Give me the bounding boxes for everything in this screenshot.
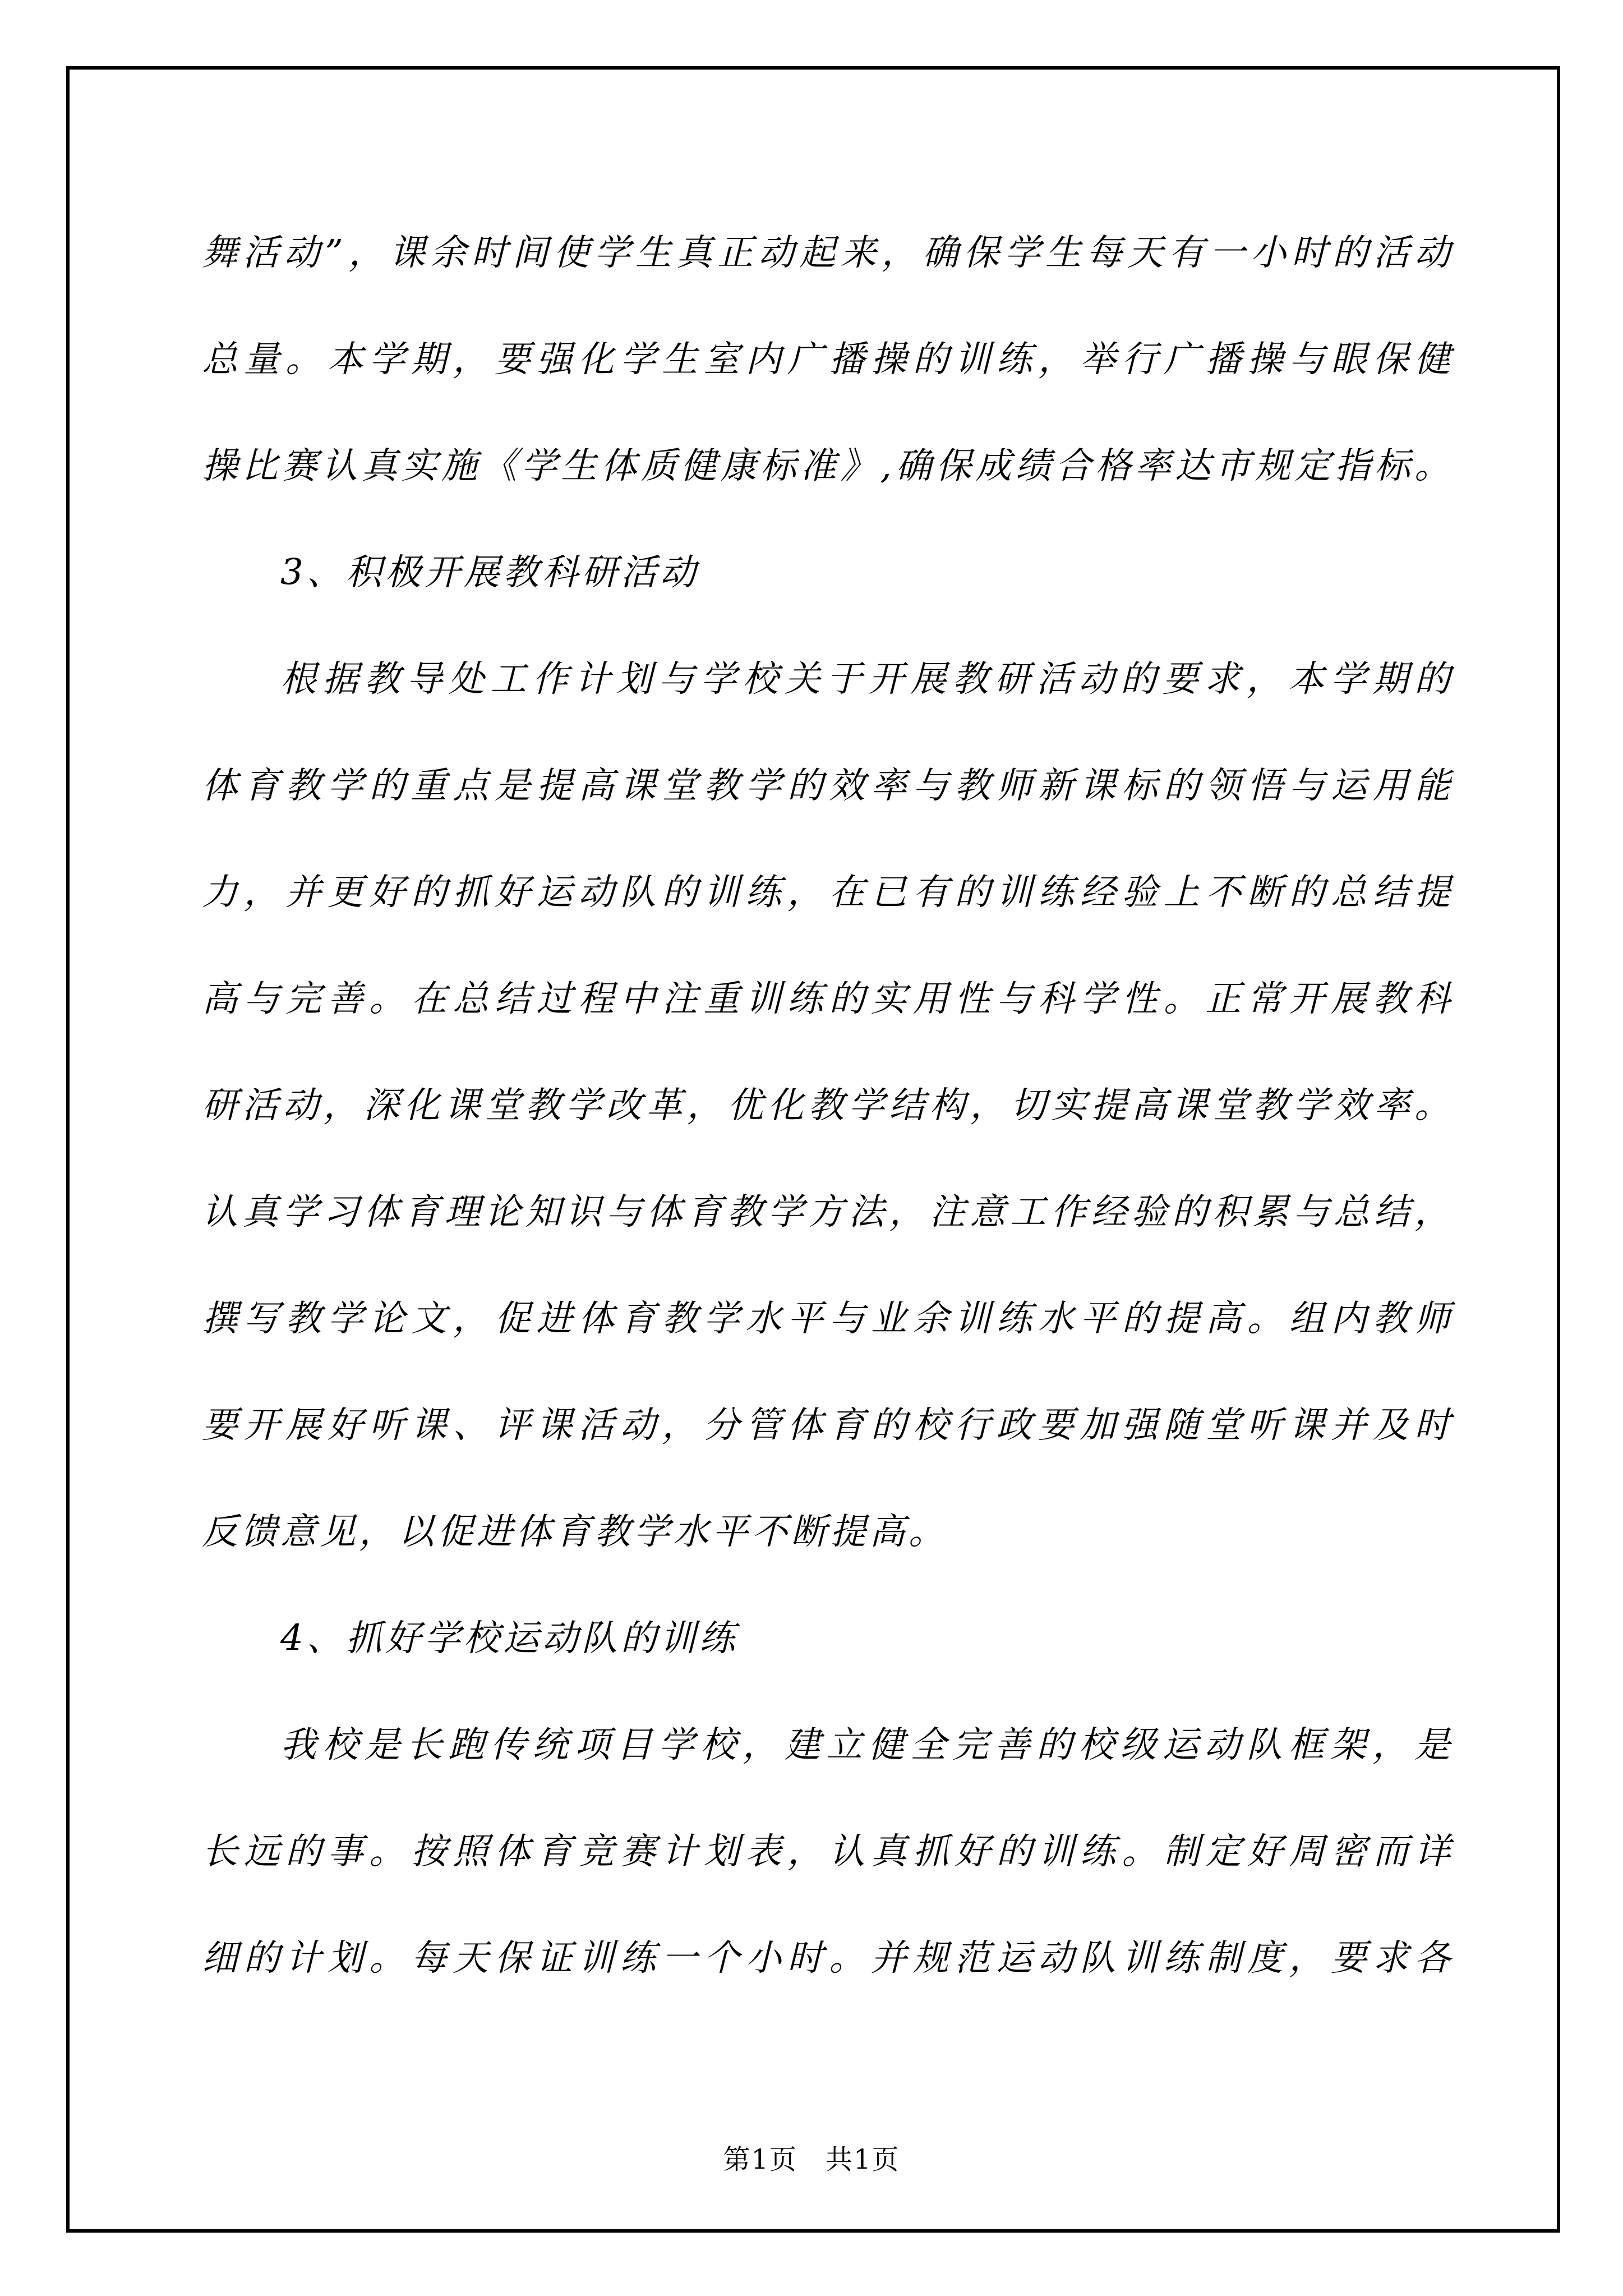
body-text-line: 总量。本学期，要强化学生室内广播操的训练，举行广播操与眼保健	[202, 306, 1454, 413]
body-text-line: 高与完善。在总结过程中注重训练的实用性与科学性。正常开展教科	[202, 946, 1454, 1052]
document-page: 舞活动”，课余时间使学生真正动起来，确保学生每天有一小时的活动 总量。本学期，要…	[0, 0, 1623, 2296]
body-text-line: 我校是长跑传统项目学校，建立健全完善的校级运动队框架，是	[202, 1692, 1454, 1798]
page-footer: 第1页 共1页	[0, 2143, 1623, 2177]
body-text-line: 要开展好听课、评课活动，分管体育的校行政要加强随堂听课并及时	[202, 1372, 1454, 1479]
body-text-line: 认真学习体育理论知识与体育教学方法，注意工作经验的积累与总结，	[202, 1159, 1454, 1266]
body-text-line: 长远的事。按照体育竞赛计划表，认真抓好的训练。制定好周密而详	[202, 1798, 1454, 1905]
body-text-line: 力，并更好的抓好运动队的训练，在已有的训练经验上不断的总结提	[202, 839, 1454, 946]
body-text-line: 反馈意见，以促进体育教学水平不断提高。	[202, 1479, 1454, 1585]
body-text-line: 舞活动”，课余时间使学生真正动起来，确保学生每天有一小时的活动	[202, 200, 1454, 306]
text-block: 舞活动”，课余时间使学生真正动起来，确保学生每天有一小时的活动 总量。本学期，要…	[202, 200, 1454, 2012]
body-text-line: 细的计划。每天保证训练一个小时。并规范运动队训练制度，要求各	[202, 1905, 1454, 2012]
body-text-line: 撰写教学论文，促进体育教学水平与业余训练水平的提高。组内教师	[202, 1266, 1454, 1372]
body-text-line: 操比赛认真实施《学生体质健康标准》,确保成绩合格率达市规定指标。	[202, 413, 1454, 519]
section-heading: 4、抓好学校运动队的训练	[202, 1585, 1454, 1692]
body-text-line: 研活动，深化课堂教学改革，优化教学结构，切实提高课堂教学效率。	[202, 1052, 1454, 1159]
body-text-line: 根据教导处工作计划与学校关于开展教研活动的要求，本学期的	[202, 626, 1454, 733]
body-text-line: 体育教学的重点是提高课堂教学的效率与教师新课标的领悟与运用能	[202, 733, 1454, 839]
section-heading: 3、积极开展教科研活动	[202, 519, 1454, 626]
